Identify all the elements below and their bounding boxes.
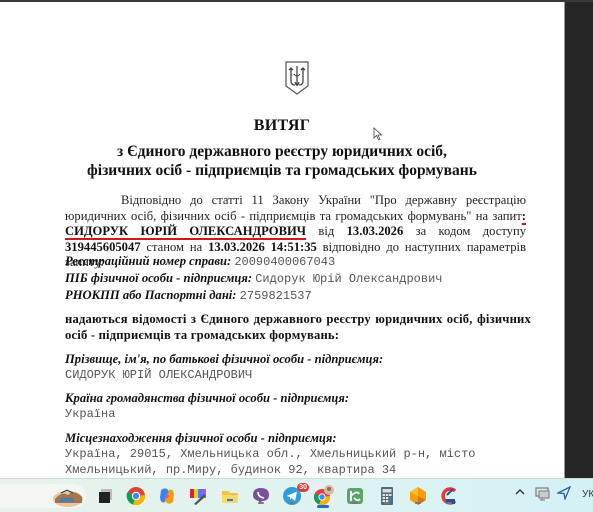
paint-icon xyxy=(188,486,208,506)
section-heading: надаються відомості з Єдиного державного… xyxy=(65,311,531,343)
weather-landscape-icon xyxy=(52,485,84,507)
green-app-taskbar-button[interactable] xyxy=(345,486,365,506)
active-indicator xyxy=(317,505,329,508)
folder-icon xyxy=(220,486,240,506)
taskbar: 30 xyxy=(0,478,593,512)
running-indicator xyxy=(384,502,390,504)
show-hidden-icons-button[interactable] xyxy=(514,486,526,501)
param-full-name: ПІБ фізичної особи - підприємця: Сидорук… xyxy=(65,271,442,286)
weather-widget[interactable] xyxy=(0,484,86,508)
file-explorer-taskbar-button[interactable] xyxy=(220,486,240,506)
access-code: 319445605047 xyxy=(65,240,141,254)
chrome-profile-taskbar-button[interactable] xyxy=(311,484,335,508)
param-tax-id: РНОКПП або Паспортні дані: 2759821537 xyxy=(65,288,312,303)
telegram-taskbar-button[interactable]: 30 xyxy=(282,486,302,506)
running-indicator xyxy=(258,502,264,504)
running-indicator xyxy=(352,502,358,504)
field-full-name: Прізвище, ім'я, по батькові фізичної осо… xyxy=(65,352,535,383)
orange-app-taskbar-button[interactable] xyxy=(408,486,428,506)
calculator-taskbar-button[interactable] xyxy=(377,486,397,506)
chrome-icon xyxy=(126,486,146,506)
document-subtitle-1: з Єдиного державного реєстру юридичних о… xyxy=(0,143,564,161)
field-citizenship: Країна громадянства фізичної особи - під… xyxy=(65,391,535,422)
location-arrow-icon xyxy=(557,486,571,500)
notification-badge: 30 xyxy=(297,483,309,492)
task-view-icon xyxy=(96,486,116,506)
copilot-taskbar-button[interactable] xyxy=(157,486,177,506)
running-indicator xyxy=(446,502,452,504)
document-page: ВИТЯГ з Єдиного державного реєстру юриди… xyxy=(0,2,565,478)
network-icon xyxy=(535,487,551,501)
as-of-datetime: 13.03.2026 14:51:35 xyxy=(208,240,317,254)
field-address: Місцезнаходження фізичної особи - підпри… xyxy=(65,431,535,478)
network-tray-button[interactable] xyxy=(535,487,551,504)
copilot-icon xyxy=(157,486,177,506)
running-indicator xyxy=(289,502,295,504)
ccleaner-taskbar-button[interactable] xyxy=(439,486,459,506)
chrome-taskbar-button[interactable] xyxy=(126,486,146,506)
location-tray-button[interactable] xyxy=(557,486,571,503)
running-indicator xyxy=(415,502,421,504)
mouse-cursor-icon xyxy=(373,127,383,141)
document-subtitle-2: фізичних осіб - підприємців та громадськ… xyxy=(0,162,564,180)
language-indicator[interactable]: УК xyxy=(582,489,593,500)
param-registration-number: Реєстраційний номер справи: 200904000670… xyxy=(65,254,335,269)
paint-taskbar-button[interactable] xyxy=(188,486,208,506)
task-view-button[interactable] xyxy=(96,486,116,506)
viber-taskbar-button[interactable] xyxy=(251,486,271,506)
coat-of-arms-icon xyxy=(284,60,310,96)
document-title: ВИТЯГ xyxy=(0,117,564,135)
chevron-up-icon xyxy=(514,486,526,498)
request-date: 13.03.2026 xyxy=(347,224,404,238)
